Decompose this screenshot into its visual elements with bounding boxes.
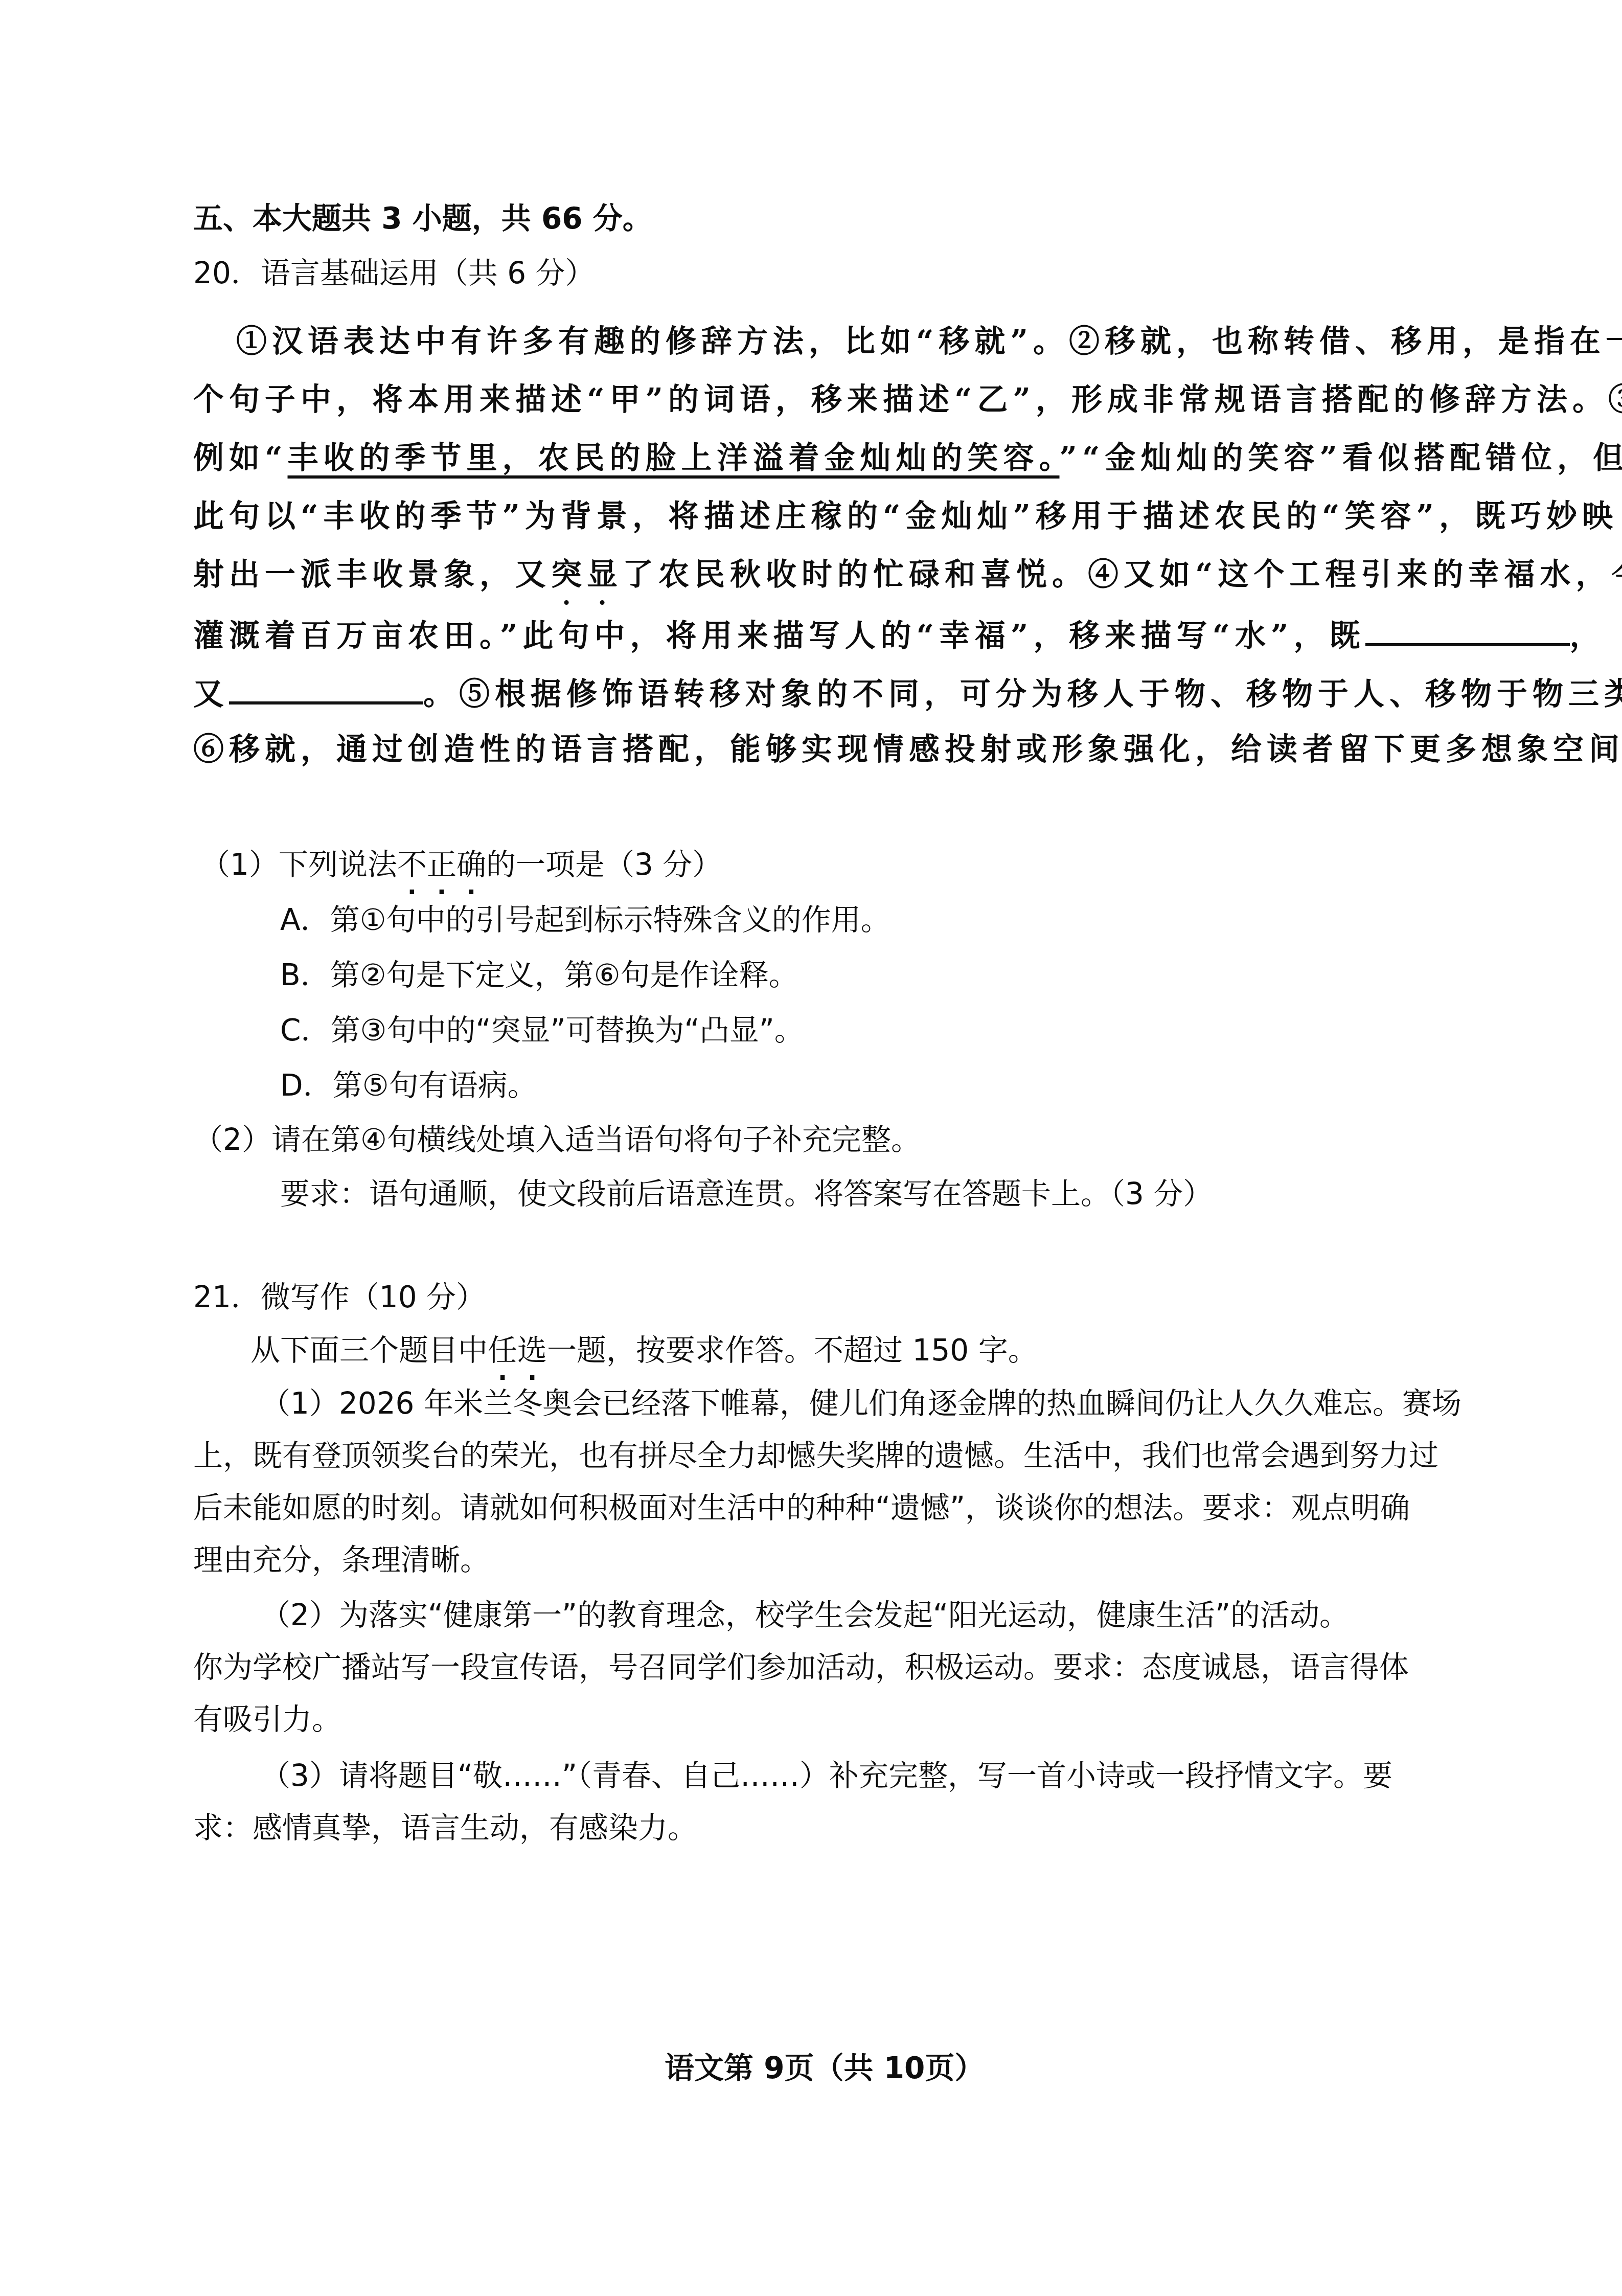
prompt-2-line: （2）为落实“健康第一”的教育理念，校学生会发起“阳光运动，健康生活”的活动。 — [261, 1600, 1349, 1630]
page-footer: 语文第 9页（共 10页） — [665, 2053, 984, 2083]
prompt-1-line: 后未能如愿的时刻。请就如何积极面对生活中的种种“遗憾”，谈谈你的想法。要求：观点… — [193, 1493, 1410, 1522]
option-letter: C． — [280, 1013, 331, 1048]
passage-text: 。⑤根据修饰语转移对象的不同，可分为移人于物、移物于人、移物于物三类。 — [423, 676, 1622, 712]
subquestion-1-stem: （1）下列说法不正确的一项是（3 分） — [200, 850, 722, 879]
passage-text: 又 — [193, 676, 229, 712]
passage-line-5: 射出一派丰收景象，又突显了农民秋收时的忙碌和喜悦。④又如“这个工程引来的幸福水，… — [193, 559, 1622, 590]
subquestion-2-requirement: 要求：语句通顺，使文段前后语意连贯。将答案写在答题卡上。（3 分） — [280, 1179, 1213, 1209]
subquestion-2-stem: （2）请在第④句横线处填入适当语句将句子补充完整。 — [193, 1125, 921, 1154]
question-21-title: 21．微写作（10 分） — [193, 1282, 486, 1312]
passage-line-1: ①汉语表达中有许多有趣的修辞方法，比如“移就”。②移就，也称转借、移用，是指在一 — [236, 326, 1622, 357]
passage-text: ， — [1570, 618, 1606, 654]
example-suffix: ”“金灿灿的笑容”看似搭配错位，但 — [1060, 440, 1622, 476]
option-text: 第③句中的“突显”可替换为“凸显”。 — [331, 1013, 804, 1048]
option-text: 第⑤句有语病。 — [333, 1068, 537, 1103]
emphasis-dot-char: 不 — [397, 847, 427, 882]
passage-line-8: ⑥移就，通过创造性的语言搭配，能够实现情感投射或形象强化，给读者留下更多想象空间… — [193, 734, 1622, 765]
instruction-text: 从下面三个题目中 — [250, 1333, 488, 1368]
fill-blank-1[interactable] — [1365, 618, 1570, 646]
emphasis-dot-char: 确 — [456, 847, 486, 882]
option-letter: A． — [280, 902, 330, 937]
prompt-1-line: （1）2026 年米兰冬奥会已经落下帷幕，健儿们角逐金牌的热血瞬间仍让人久久难忘… — [261, 1389, 1461, 1418]
passage-line-2: 个句子中，将本用来描述“甲”的词语，移来描述“乙”，形成非常规语言搭配的修辞方法… — [193, 384, 1622, 415]
emphasis-dot-char: 显 — [587, 557, 623, 593]
emphasis-dot-char: 任 — [488, 1333, 517, 1368]
prompt-1-line: 理由充分，条理清晰。 — [193, 1545, 490, 1575]
passage-line-3: 例如“丰收的季节里，农民的脸上洋溢着金灿灿的笑容。”“金灿灿的笑容”看似搭配错位… — [193, 443, 1622, 473]
stem-text: （1）下列说法 — [200, 847, 397, 882]
section-heading: 五、本大题共 3 小题，共 66 分。 — [193, 203, 652, 233]
option-b[interactable]: B．第②句是下定义，第⑥句是作诠释。 — [280, 960, 798, 990]
option-text: 第①句中的引号起到标示特殊含义的作用。 — [330, 902, 890, 937]
stem-text: 的一项是（3 分） — [486, 847, 722, 882]
prompt-2-line: 有吸引力。 — [193, 1704, 341, 1734]
option-letter: D． — [280, 1068, 333, 1103]
emphasis-dot-char: 选 — [517, 1333, 547, 1368]
prompt-3-line: （3）请将题目“敬……”（青春、自己……）补充完整，写一首小诗或一段抒情文字。要 — [261, 1761, 1392, 1790]
passage-text: 射出一派丰收景象，又 — [193, 557, 551, 593]
question-21-instruction: 从下面三个题目中任选一题，按要求作答。不超过 150 字。 — [250, 1335, 1038, 1365]
question-20-title: 20．语言基础运用（共 6 分） — [193, 258, 595, 288]
passage-text: 灌溉着百万亩农田。”此句中，将用来描写人的“幸福”，移来描写“水”，既 — [193, 618, 1365, 654]
passage-text: 了农民秋收时的忙碌和喜悦。④又如“这个工程引来的幸福水，今天 — [623, 557, 1622, 593]
emphasis-dot-char: 正 — [427, 847, 456, 882]
prompt-2-line: 你为学校广播站写一段宣传语，号召同学们参加活动，积极运动。要求：态度诚恳，语言得… — [193, 1652, 1409, 1682]
option-letter: B． — [280, 958, 330, 992]
instruction-text: 一题，按要求作答。不超过 150 字。 — [547, 1333, 1038, 1368]
option-a[interactable]: A．第①句中的引号起到标示特殊含义的作用。 — [280, 905, 890, 935]
passage-line-6: 灌溉着百万亩农田。”此句中，将用来描写人的“幸福”，移来描写“水”，既， — [193, 618, 1606, 651]
option-text: 第②句是下定义，第⑥句是作诠释。 — [330, 958, 798, 992]
passage-line-7: 又。⑤根据修饰语转移对象的不同，可分为移人于物、移物于人、移物于物三类。 — [193, 676, 1622, 710]
passage-line-4: 此句以“丰收的季节”为背景，将描述庄稼的“金灿灿”移用于描述农民的“笑容”，既巧… — [193, 501, 1618, 532]
example-prefix: 例如“ — [193, 440, 288, 476]
prompt-1-line: 上，既有登顶领奖台的荣光，也有拼尽全力却憾失奖牌的遗憾。生活中，我们也常会遇到努… — [193, 1441, 1438, 1470]
fill-blank-2[interactable] — [229, 676, 423, 704]
prompt-3-line: 求：感情真挚，语言生动，有感染力。 — [193, 1813, 697, 1843]
option-d[interactable]: D．第⑤句有语病。 — [280, 1071, 537, 1100]
option-c[interactable]: C．第③句中的“突显”可替换为“凸显”。 — [280, 1015, 804, 1045]
emphasis-dot-char: 突 — [551, 557, 587, 593]
underlined-example-sentence: 丰收的季节里，农民的脸上洋溢着金灿灿的笑容。 — [288, 440, 1060, 476]
